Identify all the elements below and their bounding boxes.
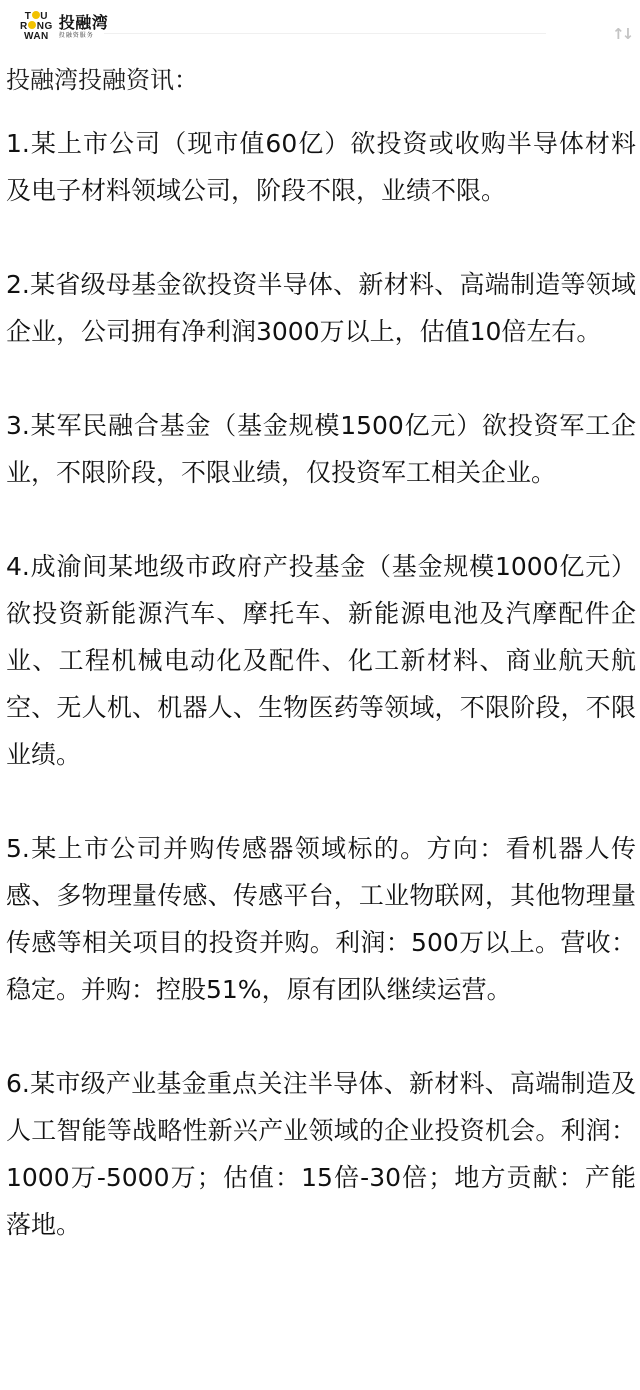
header-divider	[104, 33, 546, 34]
logo-chinese-name: 投融湾	[59, 14, 109, 32]
sort-updown-icon[interactable]: ↑↓	[612, 26, 630, 42]
logo-yellow-dot-icon	[32, 11, 40, 19]
article-item-2: 2.某省级母基金欲投资半导体、新材料、高端制造等领域企业，公司拥有净利润3000…	[6, 261, 636, 355]
logo-chinese-tagline: 投融资服务	[59, 32, 109, 40]
article-item-5: 5.某上市公司并购传感器领域标的。方向：看机器人传感、多物理量传感、传感平台，工…	[6, 825, 636, 1013]
header-bar: TU RNG WAN 投融湾 投融资服务 ↑↓	[0, 0, 640, 52]
logo-latin-wordmark: TU RNG WAN	[20, 12, 53, 42]
logo-chinese-wordmark: 投融湾 投融资服务	[59, 14, 109, 40]
article-item-1: 1.某上市公司（现市值60亿）欲投资或收购半导体材料及电子材料领域公司，阶段不限…	[6, 120, 636, 214]
article-item-4: 4.成渝间某地级市政府产投基金（基金规模1000亿元）欲投资新能源汽车、摩托车、…	[6, 543, 636, 778]
article-body: 投融湾投融资讯： 1.某上市公司（现市值60亿）欲投资或收购半导体材料及电子材料…	[6, 62, 636, 1295]
brand-logo: TU RNG WAN 投融湾 投融资服务	[20, 12, 108, 42]
article-intro: 投融湾投融资讯：	[6, 62, 636, 98]
article-item-3: 3.某军民融合基金（基金规模1500亿元）欲投资军工企业，不限阶段，不限业绩，仅…	[6, 402, 636, 496]
logo-line-wan: WAN	[24, 32, 49, 42]
article-item-6: 6.某市级产业基金重点关注半导体、新材料、高端制造及人工智能等战略性新兴产业领域…	[6, 1060, 636, 1248]
logo-yellow-dot-icon	[28, 21, 36, 29]
